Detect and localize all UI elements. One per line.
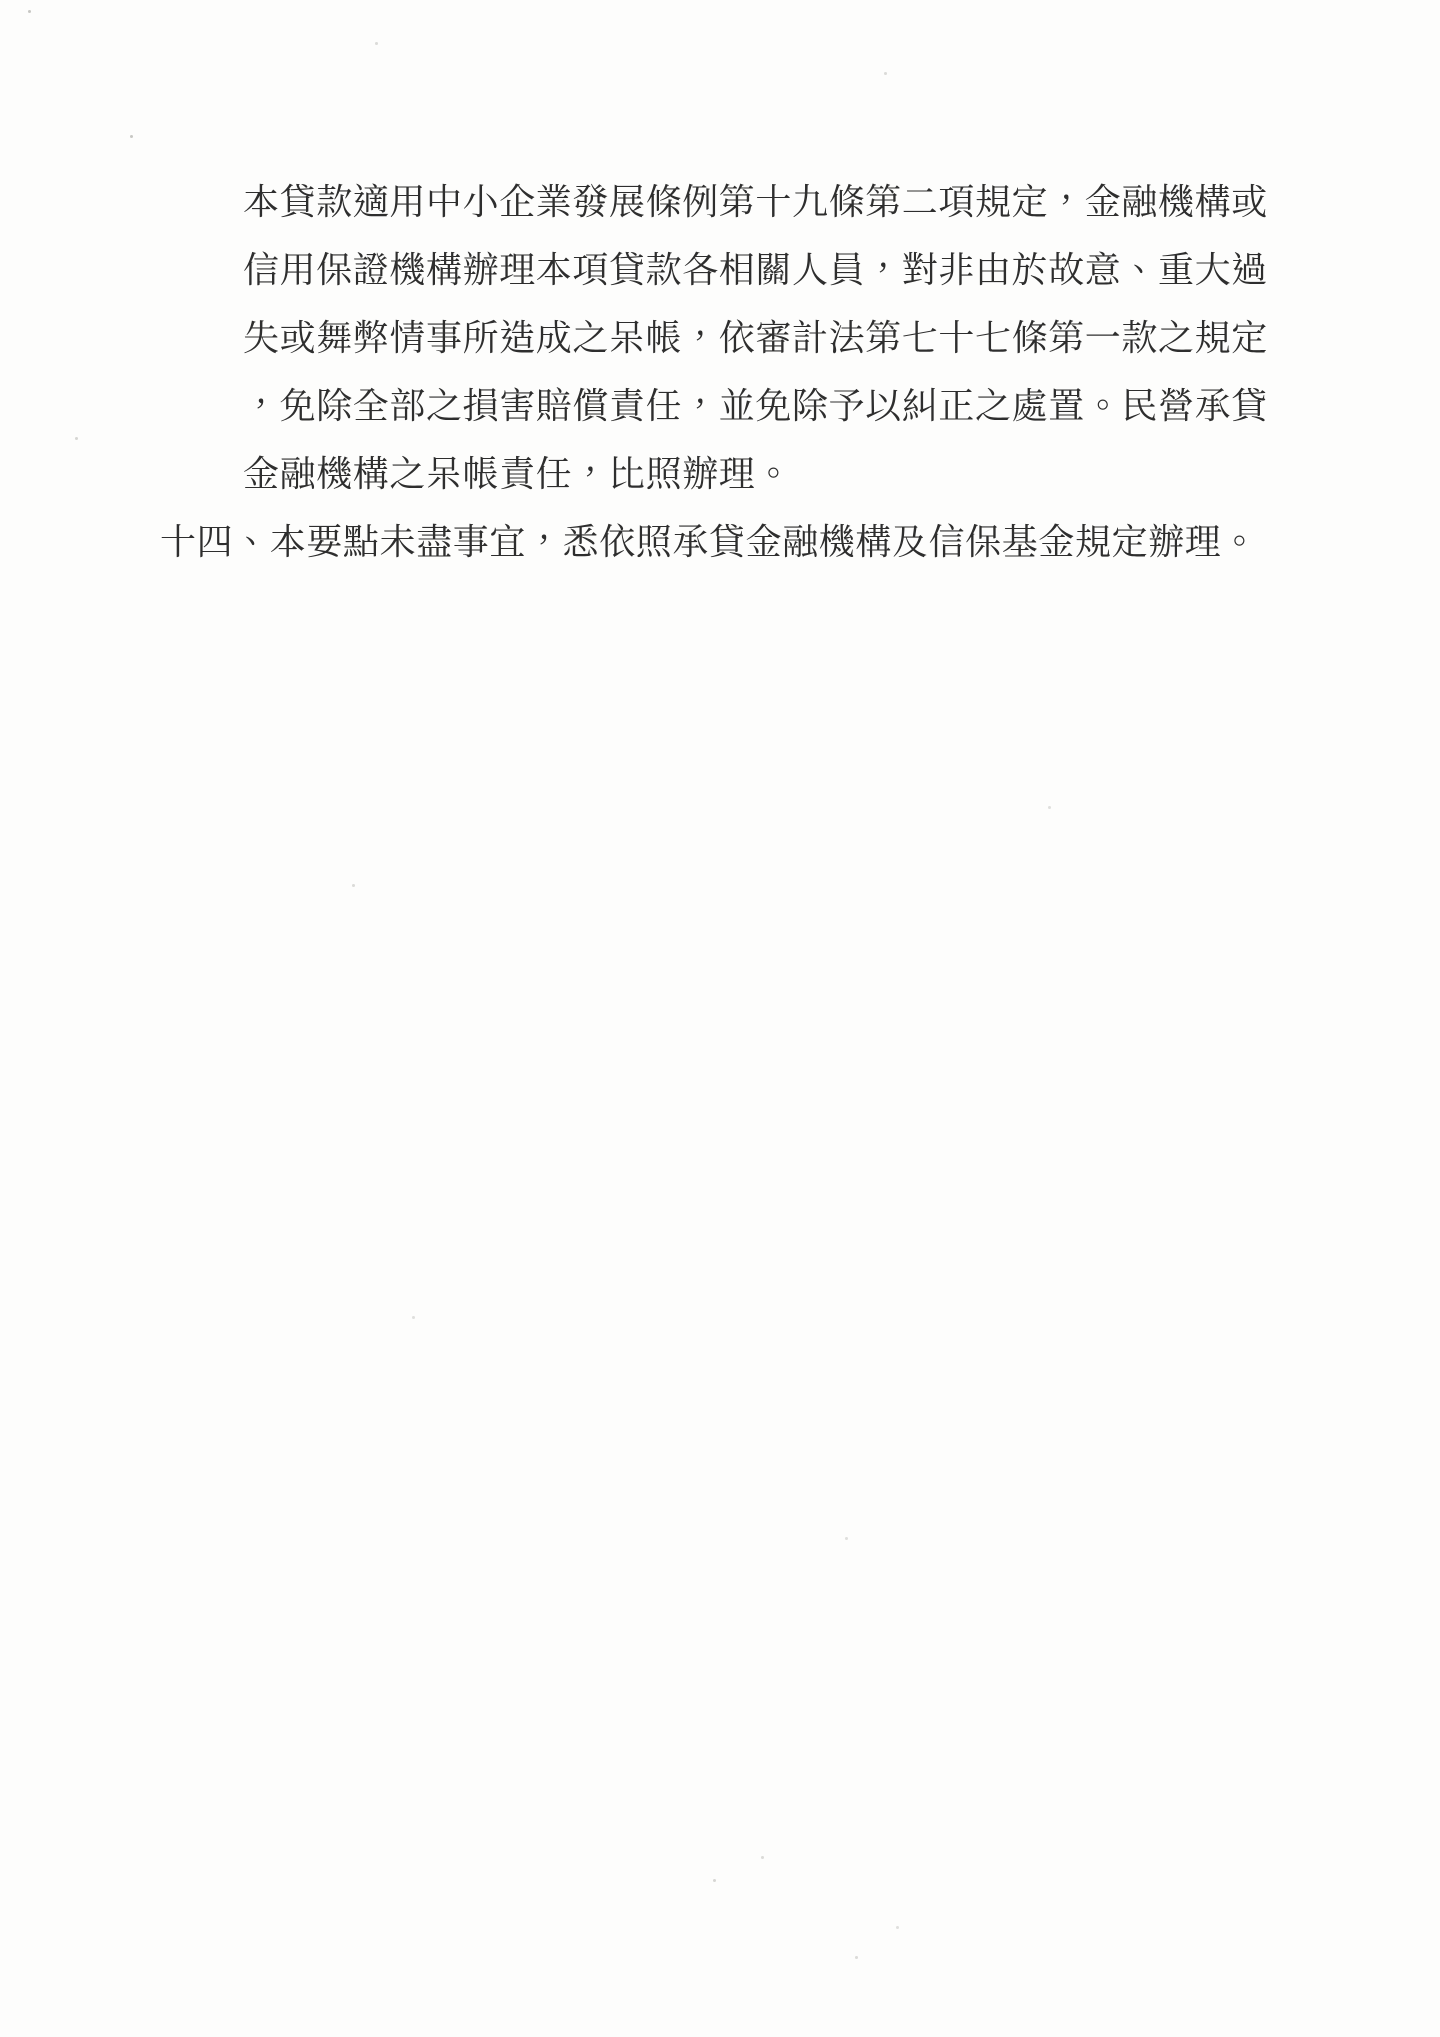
- paragraph-line: 信用保證機構辦理本項貸款各相關人員，對非由於故意、重大過: [243, 237, 1440, 305]
- scan-speck: [412, 1316, 415, 1319]
- scan-speck: [884, 72, 887, 75]
- paragraph-line: 失或舞弊情事所造成之呆帳，依審計法第七十七條第一款之規定: [243, 305, 1440, 373]
- scan-speck: [845, 1537, 848, 1540]
- scan-speck: [1048, 806, 1051, 809]
- scan-speck: [352, 884, 355, 887]
- scan-speck: [855, 1956, 858, 1959]
- item-14-line: 十四、本要點未盡事宜，悉依照承貸金融機構及信保基金規定辦理。: [160, 509, 1440, 577]
- scanned-document-page: 本貸款適用中小企業發展條例第十九條第二項規定，金融機構或 信用保證機構辦理本項貸…: [0, 0, 1440, 2037]
- scan-speck: [896, 1926, 899, 1929]
- scan-speck: [761, 1856, 764, 1859]
- paragraph-line: 金融機構之呆帳責任，比照辦理。: [243, 441, 1440, 509]
- scan-speck: [130, 135, 133, 138]
- scan-speck: [375, 42, 378, 45]
- scan-speck: [713, 1879, 716, 1882]
- paragraph-line: ，免除全部之損害賠償責任，並免除予以糾正之處置。民營承貸: [243, 373, 1440, 441]
- paragraph-line: 本貸款適用中小企業發展條例第十九條第二項規定，金融機構或: [243, 169, 1440, 237]
- scan-speck: [28, 10, 31, 13]
- scan-speck: [75, 437, 78, 440]
- document-text-block: 本貸款適用中小企業發展條例第十九條第二項規定，金融機構或 信用保證機構辦理本項貸…: [0, 169, 1440, 577]
